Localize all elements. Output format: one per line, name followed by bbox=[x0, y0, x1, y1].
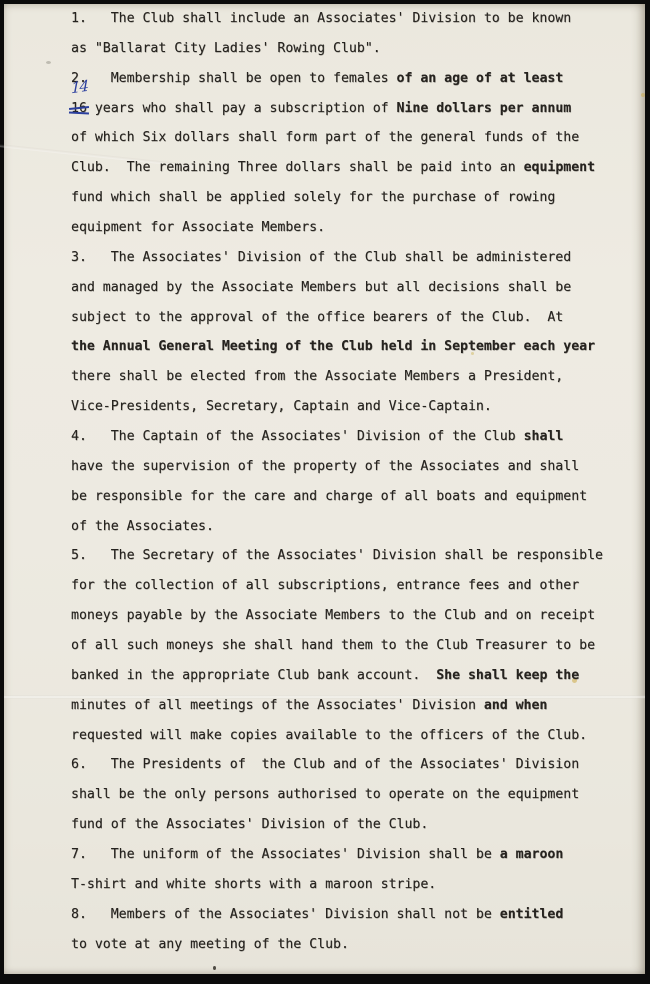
document-line: as "Ballarat City Ladies' Rowing Club". bbox=[71, 34, 631, 64]
text-segment: there shall be elected from the Associat… bbox=[71, 369, 563, 384]
text-segment: for the collection of all subscriptions,… bbox=[71, 578, 579, 593]
document-text: 1. The Club shall include an Associates'… bbox=[71, 4, 631, 960]
strikethrough-text: 16 bbox=[71, 94, 87, 124]
document-line: 5. The Secretary of the Associates' Divi… bbox=[71, 541, 631, 571]
document-line: of which Six dollars shall form part of … bbox=[71, 123, 631, 153]
text-segment: years who shall pay a subscription of bbox=[87, 101, 397, 116]
text-segment: 8. Members of the Associates' Division s… bbox=[71, 907, 500, 922]
text-segment: fund which shall be applied solely for t… bbox=[71, 190, 555, 205]
document-line: the Annual General Meeting of the Club h… bbox=[71, 332, 631, 362]
text-segment: shall be the only persons authorised to … bbox=[71, 787, 579, 802]
document-line: 3. The Associates' Division of the Club … bbox=[71, 243, 631, 273]
document-line: there shall be elected from the Associat… bbox=[71, 362, 631, 392]
paper-stain bbox=[213, 966, 216, 970]
paper-page: 1. The Club shall include an Associates'… bbox=[4, 4, 645, 974]
text-segment: 4. The Captain of the Associates' Divisi… bbox=[71, 429, 524, 444]
document-line: equipment for Associate Members. bbox=[71, 213, 631, 243]
text-segment: as "Ballarat City Ladies' Rowing Club". bbox=[71, 41, 381, 56]
document-line: to vote at any meeting of the Club. bbox=[71, 930, 631, 960]
text-segment: and when bbox=[484, 698, 548, 713]
document-line: 2. Membership shall be open to females o… bbox=[71, 64, 631, 94]
document-line: T-shirt and white shorts with a maroon s… bbox=[71, 870, 631, 900]
text-segment: 5. The Secretary of the Associates' Divi… bbox=[71, 548, 603, 563]
text-segment: 6. The Presidents of the Club and of the… bbox=[71, 757, 579, 772]
document-line: 8. Members of the Associates' Division s… bbox=[71, 900, 631, 930]
document-line: 6. The Presidents of the Club and of the… bbox=[71, 750, 631, 780]
corrected-text: 1416 bbox=[71, 94, 87, 124]
document-line: requested will make copies available to … bbox=[71, 721, 631, 751]
text-segment: the Annual General Meeting of the Club h… bbox=[71, 339, 595, 354]
text-segment: to vote at any meeting of the Club. bbox=[71, 937, 349, 952]
document-line: moneys payable by the Associate Members … bbox=[71, 601, 631, 631]
text-segment: moneys payable by the Associate Members … bbox=[71, 608, 595, 623]
text-segment: 1. The Club shall include an Associates'… bbox=[71, 11, 571, 26]
text-segment: Nine dollars per annum bbox=[397, 101, 572, 116]
text-segment: have the supervision of the property of … bbox=[71, 459, 579, 474]
text-segment: shall bbox=[524, 429, 564, 444]
text-segment: minutes of all meetings of the Associate… bbox=[71, 698, 484, 713]
text-segment: She shall keep the bbox=[436, 668, 579, 683]
paper-stain bbox=[641, 93, 645, 97]
text-segment: subject to the approval of the office be… bbox=[71, 310, 563, 325]
document-line: have the supervision of the property of … bbox=[71, 452, 631, 482]
document-line: 1. The Club shall include an Associates'… bbox=[71, 4, 631, 34]
text-segment: 3. The Associates' Division of the Club … bbox=[71, 250, 571, 265]
text-segment: equipment bbox=[524, 160, 595, 175]
text-segment: entitled bbox=[500, 907, 564, 922]
document-line: shall be the only persons authorised to … bbox=[71, 780, 631, 810]
text-segment: of an age of at least bbox=[397, 71, 564, 86]
document-line: of the Associates. bbox=[71, 512, 631, 542]
document-line: banked in the appropriate Club bank acco… bbox=[71, 661, 631, 691]
text-segment: Club. The remaining Three dollars shall … bbox=[71, 160, 524, 175]
text-segment: be responsible for the care and charge o… bbox=[71, 489, 587, 504]
document-line: and managed by the Associate Members but… bbox=[71, 273, 631, 303]
document-line: minutes of all meetings of the Associate… bbox=[71, 691, 631, 721]
text-segment: of all such moneys she shall hand them t… bbox=[71, 638, 595, 653]
text-segment: 7. The uniform of the Associates' Divisi… bbox=[71, 847, 500, 862]
text-segment: T-shirt and white shorts with a maroon s… bbox=[71, 877, 436, 892]
text-segment: requested will make copies available to … bbox=[71, 728, 587, 743]
document-line: be responsible for the care and charge o… bbox=[71, 482, 631, 512]
scan-frame: 1. The Club shall include an Associates'… bbox=[0, 0, 650, 984]
document-line: 1416 years who shall pay a subscription … bbox=[71, 94, 631, 124]
document-line: for the collection of all subscriptions,… bbox=[71, 571, 631, 601]
document-line: of all such moneys she shall hand them t… bbox=[71, 631, 631, 661]
document-line: fund which shall be applied solely for t… bbox=[71, 183, 631, 213]
document-line: 4. The Captain of the Associates' Divisi… bbox=[71, 422, 631, 452]
document-line: Club. The remaining Three dollars shall … bbox=[71, 153, 631, 183]
handwritten-correction: 14 bbox=[71, 78, 88, 95]
document-line: Vice-Presidents, Secretary, Captain and … bbox=[71, 392, 631, 422]
text-segment: Vice-Presidents, Secretary, Captain and … bbox=[71, 399, 492, 414]
text-segment: fund of the Associates' Division of the … bbox=[71, 817, 428, 832]
text-segment: equipment for Associate Members. bbox=[71, 220, 325, 235]
document-line: subject to the approval of the office be… bbox=[71, 303, 631, 333]
text-segment: of which Six dollars shall form part of … bbox=[71, 130, 579, 145]
text-segment: and managed by the Associate Members but… bbox=[71, 280, 571, 295]
text-segment: banked in the appropriate Club bank acco… bbox=[71, 668, 436, 683]
paper-stain bbox=[46, 61, 51, 64]
text-segment: 2. Membership shall be open to females bbox=[71, 71, 397, 86]
document-line: fund of the Associates' Division of the … bbox=[71, 810, 631, 840]
text-segment: a maroon bbox=[500, 847, 564, 862]
document-line: 7. The uniform of the Associates' Divisi… bbox=[71, 840, 631, 870]
text-segment: of the Associates. bbox=[71, 519, 214, 534]
